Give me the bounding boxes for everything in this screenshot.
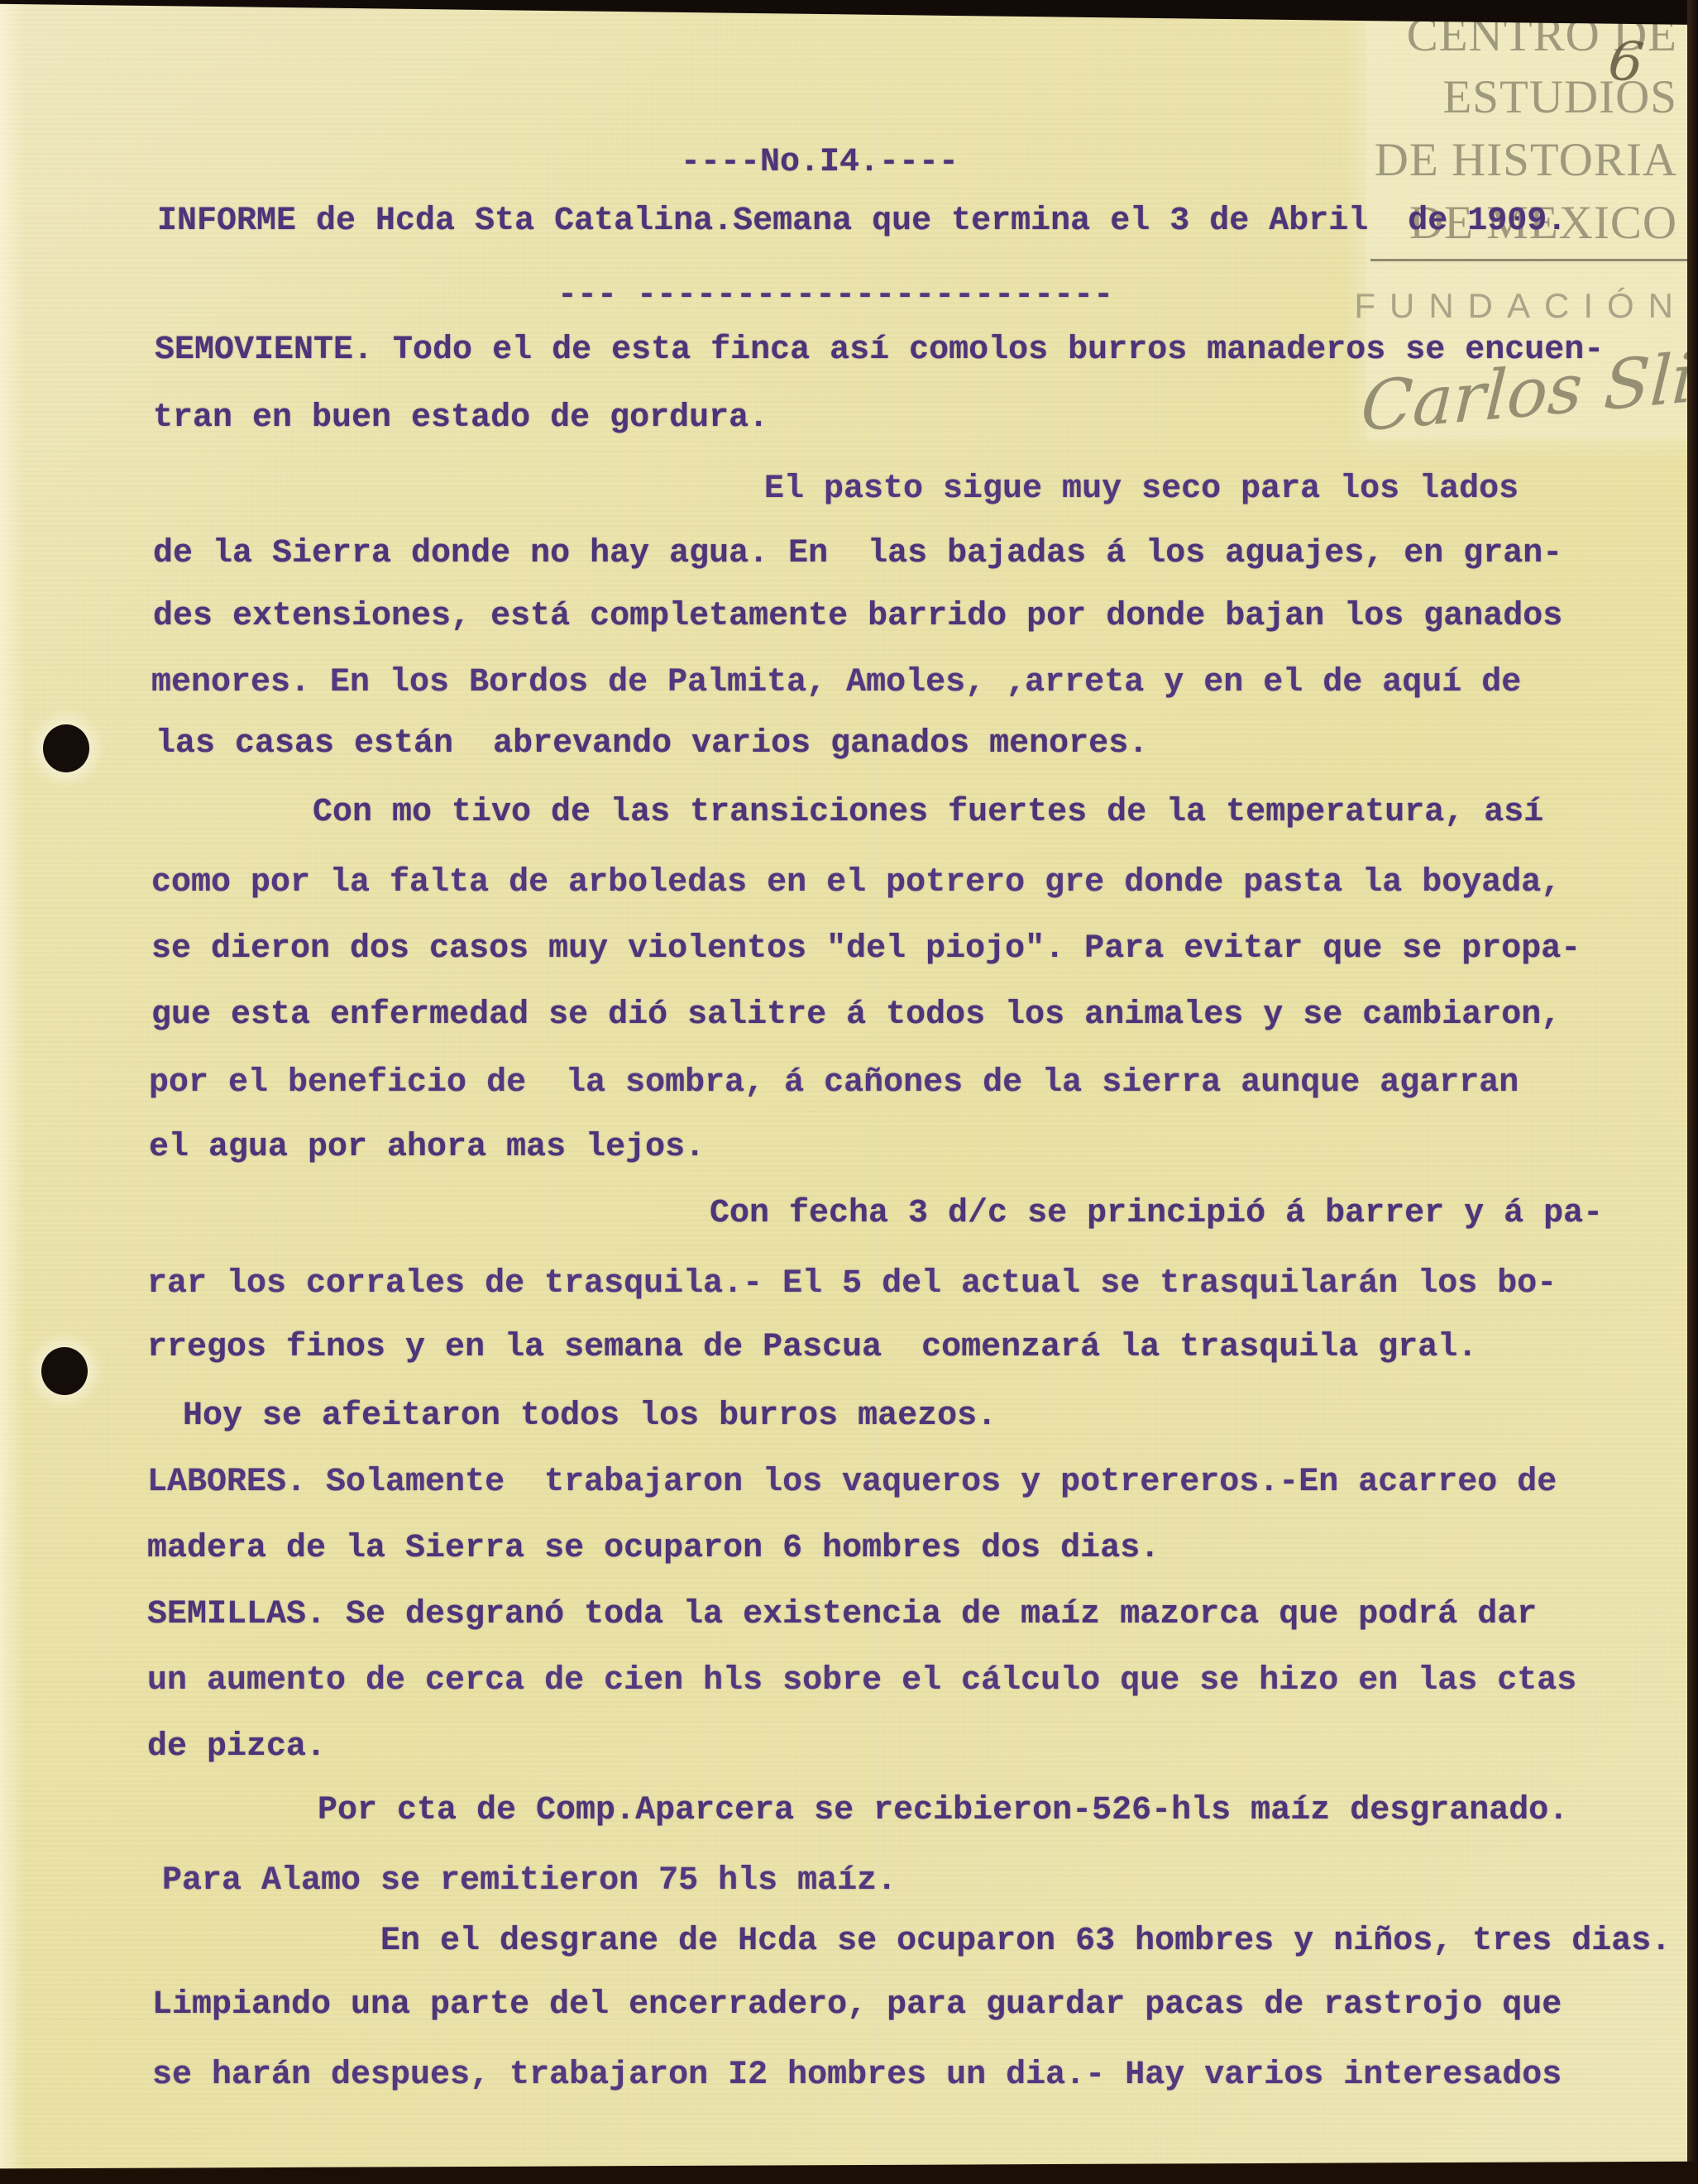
typed-line: El pasto sigue muy seco para los lados (764, 473, 1519, 506)
typed-line: des extensiones, está completamente barr… (153, 600, 1562, 633)
typed-line: rregos finos y en la semana de Pascua co… (147, 1331, 1477, 1364)
scanned-document: CENTRO DE ESTUDIOS DE HISTORIA DE MEXICO… (0, 0, 1698, 2184)
typed-line: se dieron dos casos muy violentos "del p… (151, 933, 1581, 966)
typed-line: un aumento de cerca de cien hls sobre el… (147, 1665, 1576, 1698)
typed-line: ----No.I4.---- (681, 146, 959, 179)
hole-punch-top (43, 724, 89, 772)
typed-line: se harán despues, trabajaron I2 hombres … (152, 2059, 1562, 2092)
typed-line: de pizca. (147, 1731, 326, 1764)
typed-line: Con mo tivo de las transiciones fuertes … (313, 796, 1543, 829)
typed-text-layer: ----No.I4.----INFORME de Hcda Sta Catali… (0, 0, 1698, 2184)
typed-line: tran en buen estado de gordura. (153, 402, 768, 435)
typed-line: --- ------------------------ (557, 280, 1113, 313)
hole-punch-bottom (41, 1347, 88, 1395)
typed-line: madera de la Sierra se ocuparon 6 hombre… (147, 1532, 1160, 1565)
typed-line: Por cta de Comp.Aparcera se recibieron-5… (318, 1795, 1568, 1828)
typed-line: INFORME de Hcda Sta Catalina.Semana que … (157, 205, 1566, 238)
typed-line: de la Sierra donde no hay agua. En las b… (153, 538, 1562, 571)
typed-line: SEMOVIENTE. Todo el de esta finca así co… (155, 334, 1604, 367)
typed-line: el agua por ahora mas lejos. (149, 1131, 705, 1164)
scan-edge-right (1687, 0, 1698, 2184)
typed-line: menores. En los Bordos de Palmita, Amole… (151, 667, 1521, 700)
typed-line: gue esta enfermedad se dió salitre á tod… (151, 999, 1561, 1032)
typed-line: como por la falta de arboledas en el pot… (151, 867, 1561, 900)
typed-line: SEMILLAS. Se desgranó toda la existencia… (147, 1599, 1537, 1632)
typed-line: LABORES. Solamente trabajaron los vaquer… (147, 1466, 1557, 1499)
typed-line: En el desgrane de Hcda se ocuparon 63 ho… (380, 1925, 1671, 1958)
paper-sheet: CENTRO DE ESTUDIOS DE HISTORIA DE MEXICO… (0, 0, 1698, 2184)
typed-line: por el beneficio de la sombra, á cañones… (149, 1067, 1519, 1100)
typed-line: las casas están abrevando varios ganados… (155, 728, 1148, 761)
typed-line: Para Alamo se remitieron 75 hls maíz. (162, 1865, 897, 1898)
typed-line: Con fecha 3 d/c se principió á barrer y … (710, 1197, 1603, 1231)
typed-line: Hoy se afeitaron todos los burros maezos… (183, 1400, 997, 1433)
typed-line: rar los corrales de trasquila.- El 5 del… (147, 1268, 1557, 1301)
typed-line: Limpiando una parte del encerradero, par… (152, 1989, 1562, 2022)
